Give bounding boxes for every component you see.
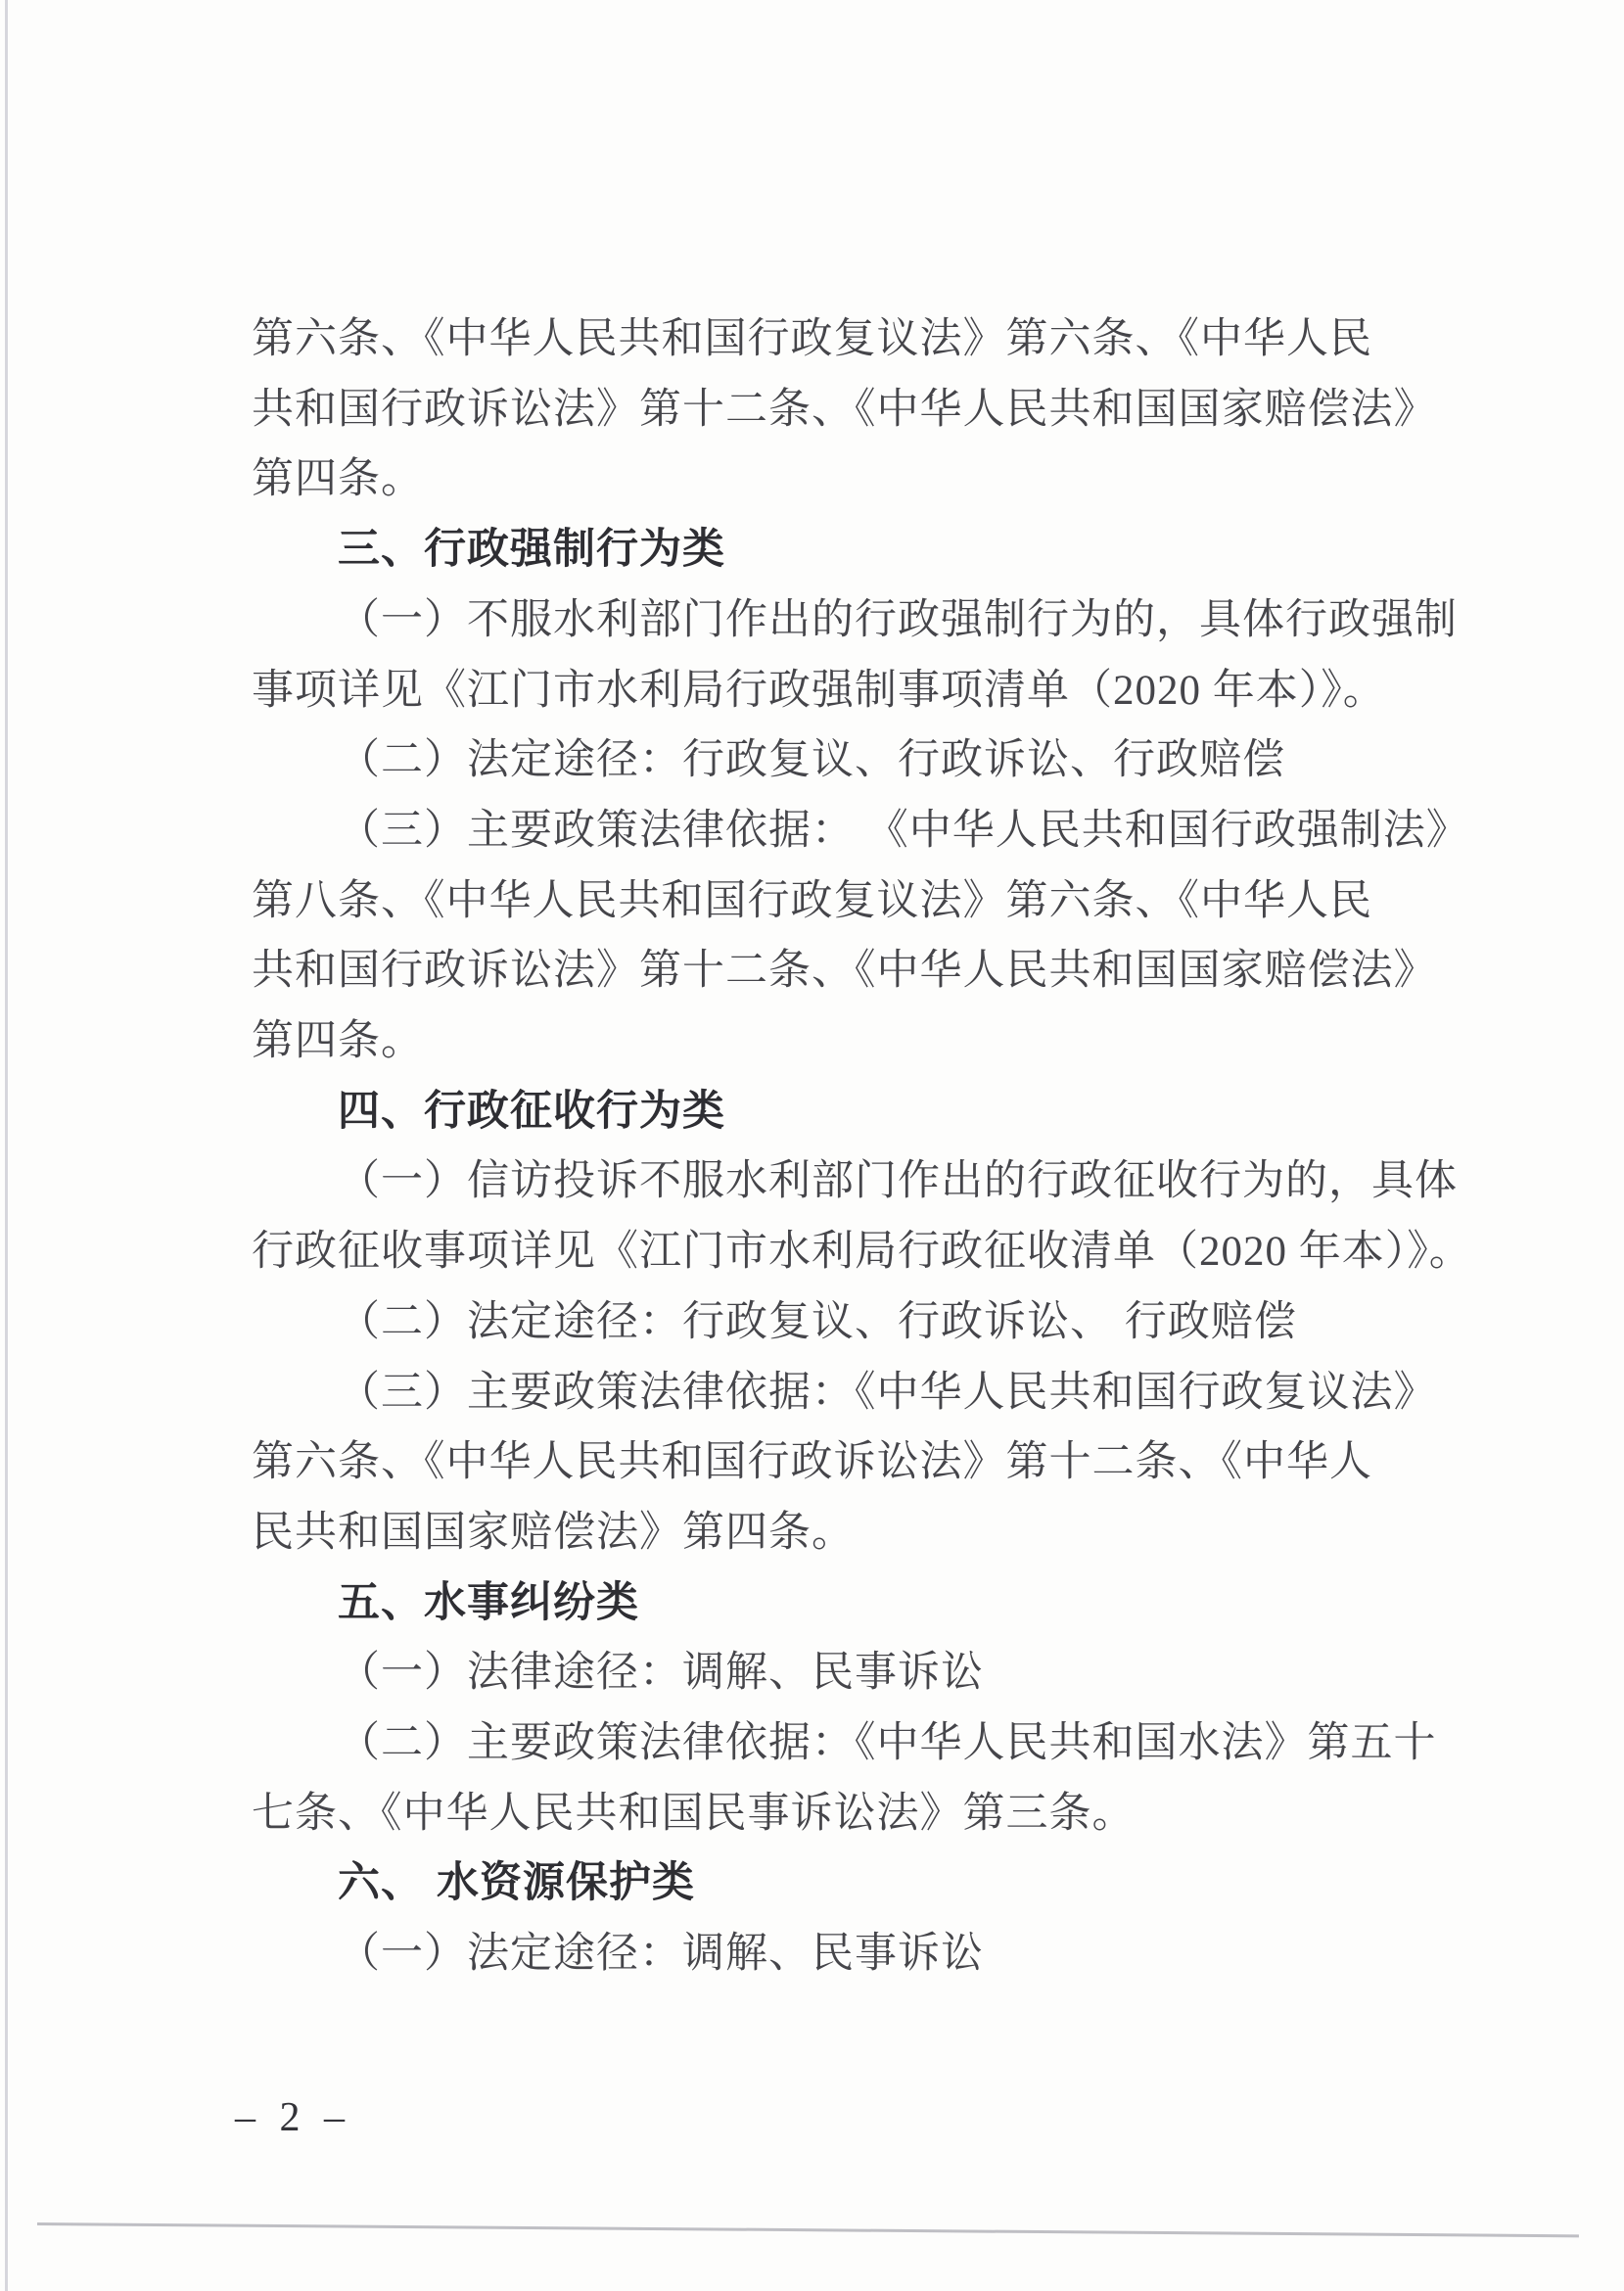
text-line: 民共和国国家赔偿法》第四条。 (252, 1498, 1416, 1568)
section-heading: 六、 水资源保护类 (252, 1848, 1416, 1919)
text-line: 第六条、《中华人民共和国行政诉讼法》第十二条、《中华人 (252, 1427, 1416, 1498)
text-line: 七条、《中华人民共和国民事诉讼法》第三条。 (252, 1779, 1416, 1849)
scan-edge-artifact (5, 0, 8, 2291)
text-line: （二）主要政策法律依据：《中华人民共和国水法》第五十 (252, 1708, 1416, 1779)
document-body: 第六条、《中华人民共和国行政复议法》第六条、《中华人民共和国行政诉讼法》第十二条… (252, 304, 1416, 1989)
text-line: （三）主要政策法律依据：《中华人民共和国行政复议法》 (252, 1358, 1416, 1428)
scan-line-artifact (37, 2222, 1579, 2237)
text-line: 第八条、《中华人民共和国行政复议法》第六条、《中华人民 (252, 866, 1416, 937)
text-line: 第四条。 (252, 444, 1416, 515)
text-line: （一）信访投诉不服水利部门作出的行政征收行为的，具体 (252, 1146, 1416, 1217)
text-line: 第六条、《中华人民共和国行政复议法》第六条、《中华人民 (252, 304, 1416, 375)
text-line: 事项详见《江门市水利局行政强制事项清单（2020 年本）》。 (252, 656, 1416, 726)
text-line: （二）法定途径：行政复议、行政诉讼、 行政赔偿 (252, 1287, 1416, 1358)
section-heading: 四、行政征收行为类 (252, 1077, 1416, 1147)
text-line: （二）法定途径：行政复议、行政诉讼、行政赔偿 (252, 725, 1416, 796)
text-line: （一）法定途径：调解、民事诉讼 (252, 1919, 1416, 1989)
document-page: 第六条、《中华人民共和国行政复议法》第六条、《中华人民共和国行政诉讼法》第十二条… (0, 0, 1624, 2291)
text-line: （三）主要政策法律依据： 《中华人民共和国行政强制法》 (252, 796, 1416, 866)
section-heading: 三、行政强制行为类 (252, 515, 1416, 585)
text-line: 行政征收事项详见《江门市水利局行政征收清单（2020 年本）》。 (252, 1217, 1416, 1287)
page-number: – 2 – (235, 2094, 351, 2141)
text-line: （一）不服水利部门作出的行政强制行为的，具体行政强制 (252, 585, 1416, 656)
section-heading: 五、水事纠纷类 (252, 1568, 1416, 1639)
text-line: （一）法律途径：调解、民事诉讼 (252, 1638, 1416, 1708)
text-line: 共和国行政诉讼法》第十二条、《中华人民共和国国家赔偿法》 (252, 936, 1416, 1006)
text-line: 第四条。 (252, 1006, 1416, 1077)
text-line: 共和国行政诉讼法》第十二条、《中华人民共和国国家赔偿法》 (252, 375, 1416, 445)
